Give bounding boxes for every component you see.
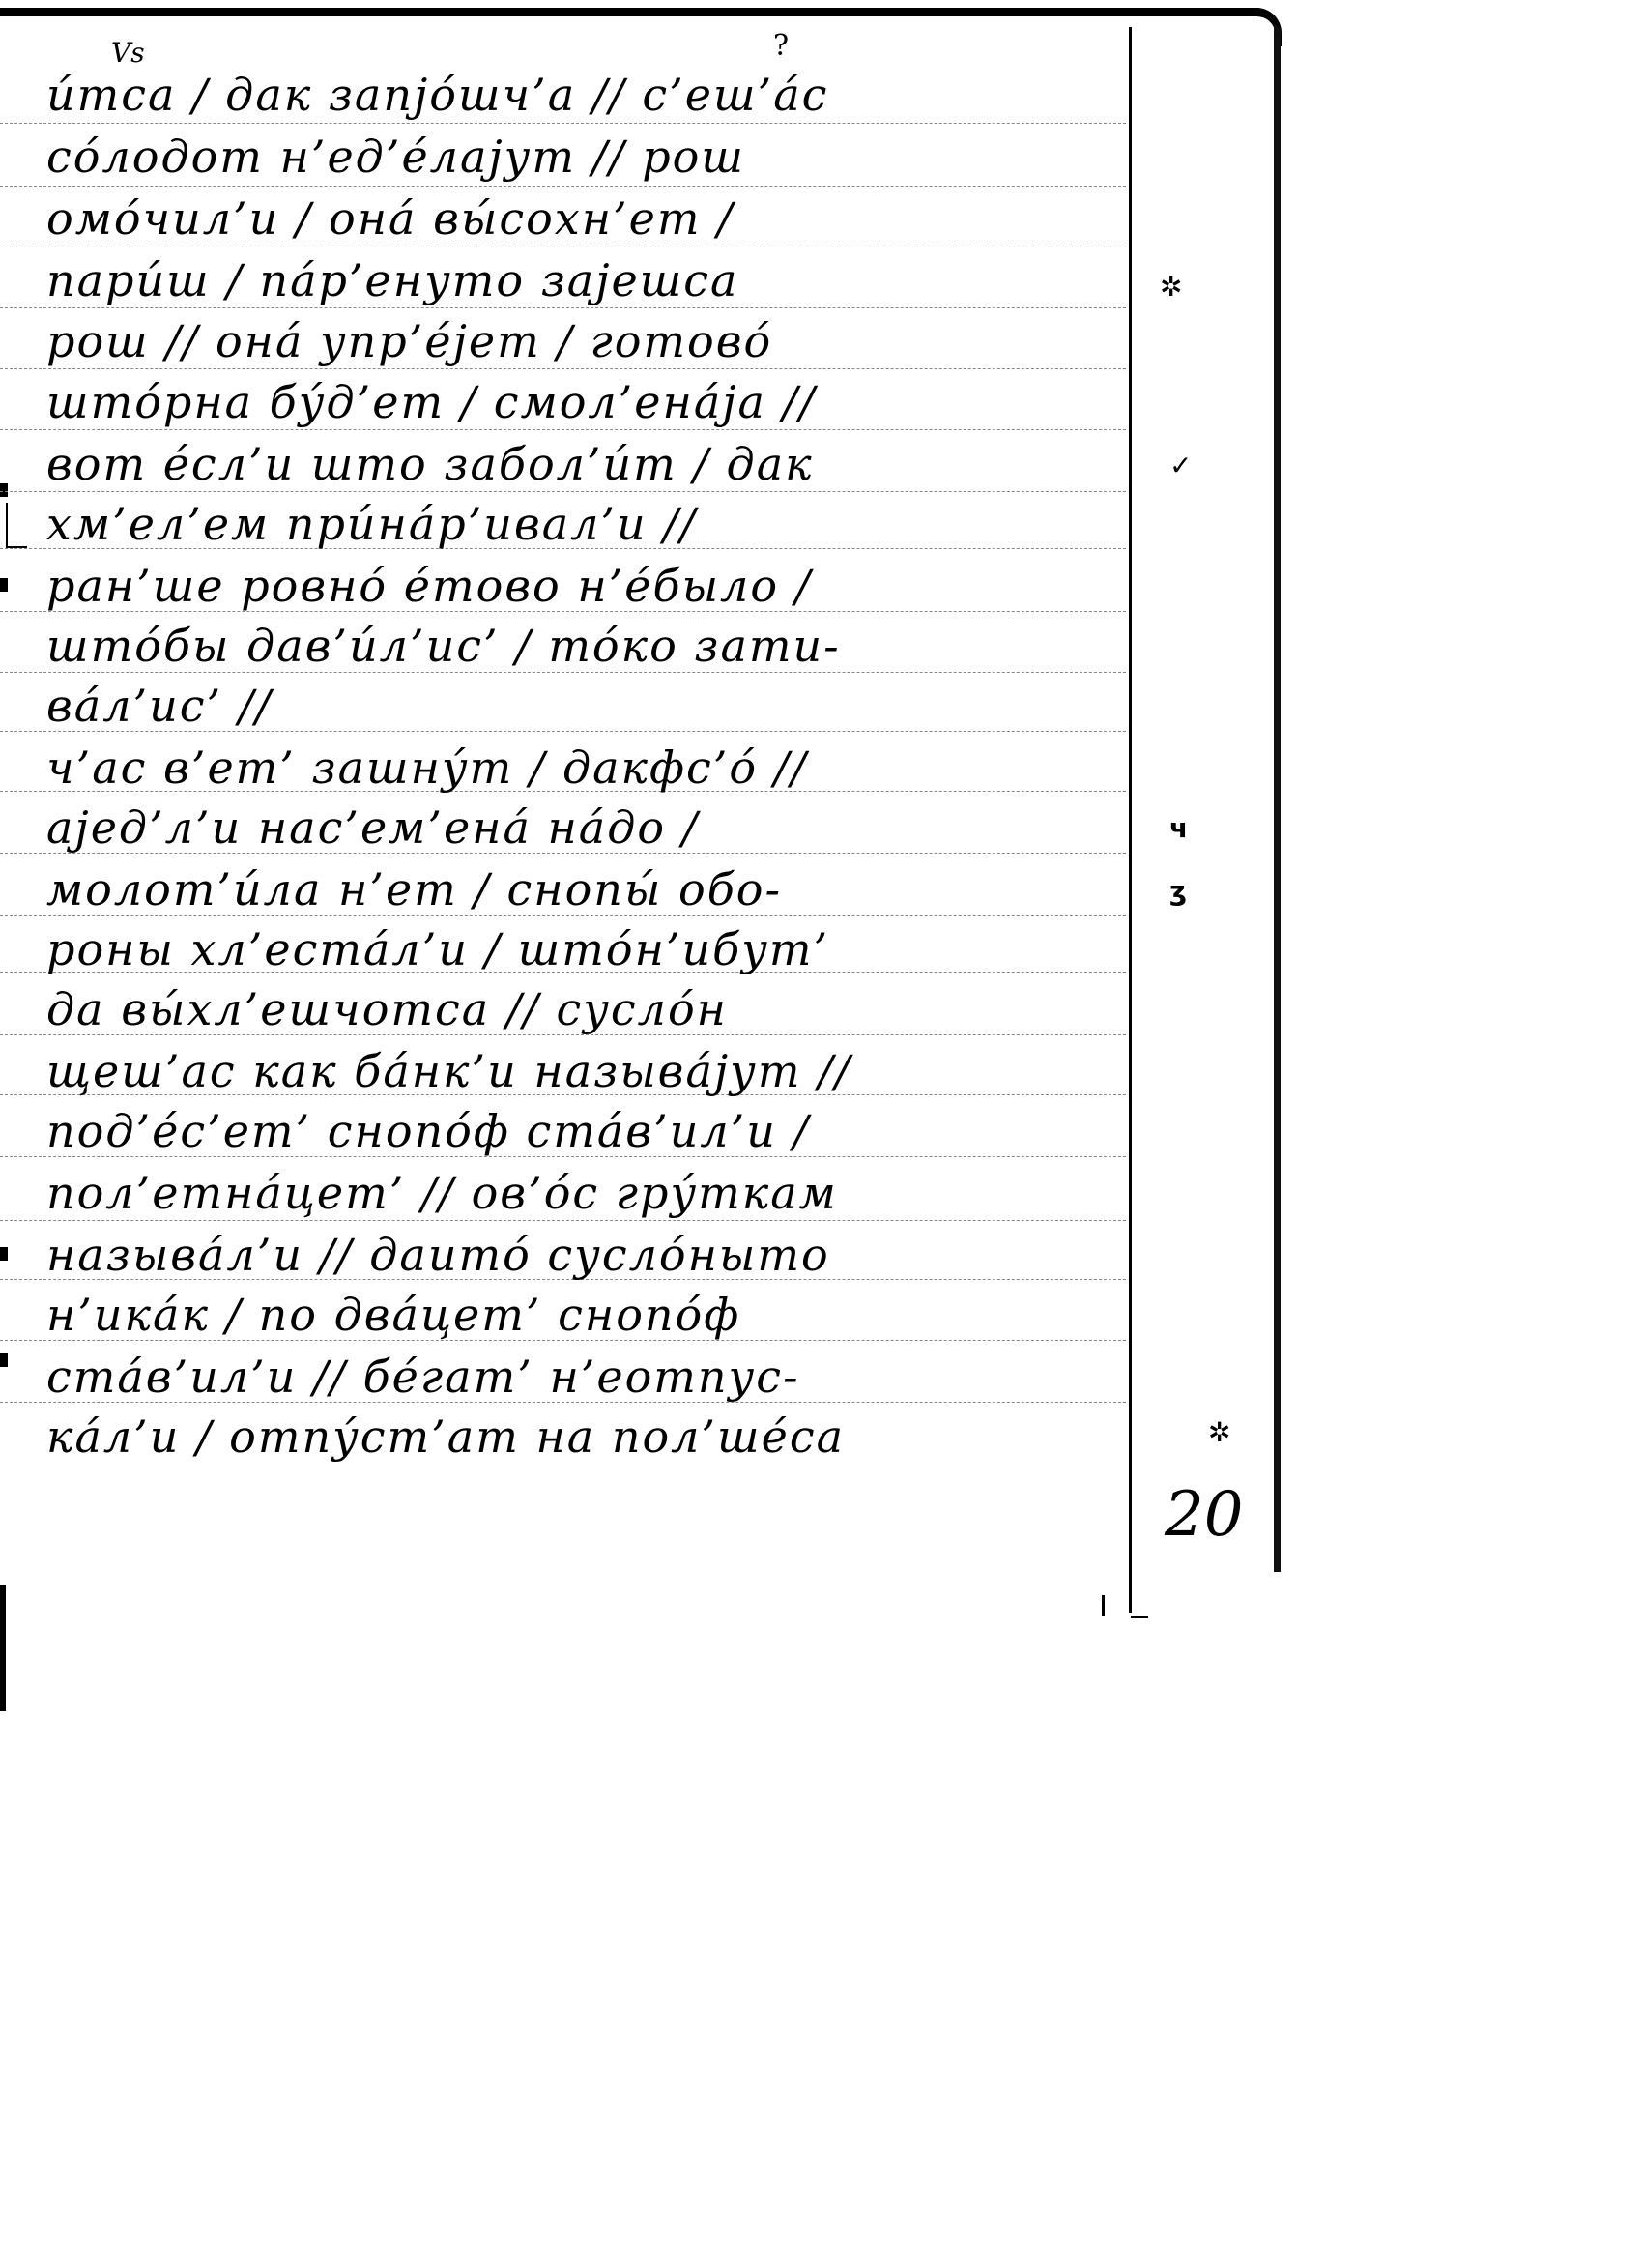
text-line: да вы́хл’ешчотса // сусло́н — [46, 982, 728, 1036]
page-top-border — [0, 8, 1266, 16]
left-bracket-mark — [6, 503, 27, 548]
left-tick-mark — [0, 1353, 8, 1367]
text-line: ка́л’и / отпу́ст’ат на пол’ше́са — [46, 1410, 845, 1464]
margin-check-mark: ✓ — [1169, 450, 1192, 481]
ruled-line — [0, 429, 1126, 430]
text-line: ста́в’ил’и // бе́гат’ н’еотпус- — [46, 1350, 800, 1404]
ruled-line — [0, 491, 1126, 492]
text-line: роны хл’еста́л’и / што́н’ибут’ — [46, 922, 829, 976]
ruled-line — [0, 368, 1126, 369]
text-line: пари́ш / па́р’енуто зајешса — [46, 253, 738, 307]
text-line: под’е́с’ет’ снопо́ф ста́в’ил’и / — [46, 1104, 810, 1158]
bottom-tick-mark — [1102, 1595, 1105, 1616]
top-annotation: Vs — [111, 37, 145, 69]
text-line: н’ика́к / по два́цет’ снопо́ф — [46, 1288, 740, 1342]
ruled-line — [0, 307, 1126, 308]
text-line: ч’ас в’ет’ зашну́т / дакфс’о́ // — [46, 741, 808, 795]
margin-star-mark: ✲ — [1208, 1416, 1230, 1448]
text-line: хм’ел’ем при́на́р’ивал’и // — [46, 497, 697, 551]
ruled-line — [0, 123, 1126, 124]
page-number: 20 — [1165, 1479, 1243, 1551]
text-line: со́лодот н’ед’е́лајут // рош — [46, 130, 745, 184]
text-line: ран’ше ровно́ е́тово н’е́было / — [46, 559, 812, 613]
ruled-line — [0, 186, 1126, 187]
margin-star-mark: ✲ — [1160, 271, 1182, 303]
text-line: омо́чил’и / она́ вы́сохн’ет / — [46, 191, 735, 246]
text-line: называ́л’и // даитó сусло́ныто — [46, 1228, 830, 1282]
bottom-dash-mark — [1131, 1616, 1148, 1618]
text-line: ајед’л’и нас’ем’ена́ на́до / — [46, 800, 699, 855]
left-tick-mark — [0, 483, 8, 497]
ruled-line — [0, 1220, 1126, 1221]
text-line: молот’и́ла н’ет / снопы́ обо- — [46, 862, 782, 916]
page-right-border — [1274, 25, 1281, 1572]
scanned-page: ? Vs и́тса / дак запјо́шч’а // с’еш’а́с … — [0, 0, 1643, 2268]
scan-edge-bar — [0, 1585, 6, 1711]
ruled-line — [0, 247, 1126, 247]
margin-line — [1129, 27, 1132, 1613]
text-line: рош // она́ упр’е́јет / готово́ — [46, 314, 772, 368]
text-line: ва́л’ис’ // — [46, 679, 273, 733]
text-line: што́рна бу́д’ет / смол’ена́ја // — [46, 375, 817, 429]
corner-mark: ? — [773, 29, 789, 63]
text-line: и́тса / дак запјо́шч’а // с’еш’а́с — [46, 68, 828, 122]
left-tick-mark — [0, 1247, 8, 1261]
margin-z-mark: ʒ — [1169, 875, 1187, 907]
left-tick-mark — [0, 578, 8, 592]
text-line: пол’етна́цет’ // ов’о́с гру́ткам — [46, 1166, 838, 1220]
text-line: вот е́сл’и што забол’и́т / дак — [46, 437, 814, 491]
text-line: щеш’ас как ба́нк’и называ́јут // — [46, 1044, 851, 1098]
margin-ch-mark: ч — [1169, 812, 1188, 844]
text-line: што́бы дав’и́л’ис’ / то́ко зати- — [46, 619, 841, 673]
